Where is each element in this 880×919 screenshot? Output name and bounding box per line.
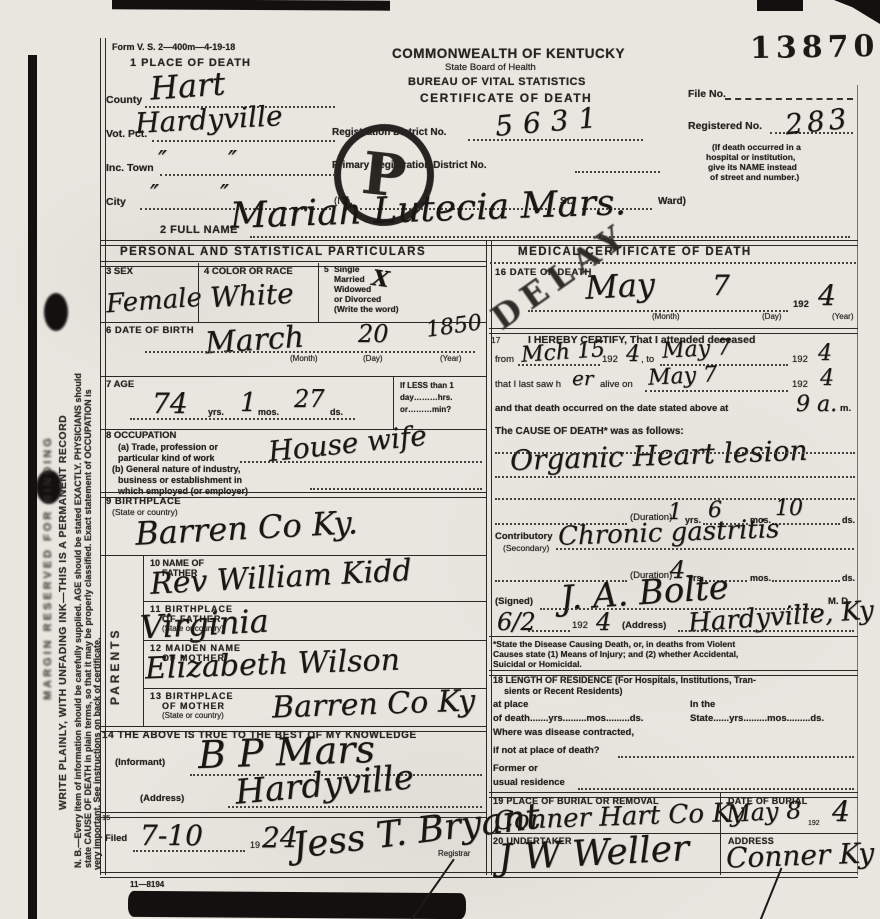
dotted-line	[310, 488, 482, 490]
alive-on-label: alive on	[600, 380, 633, 391]
full-name-value: Mariah Lutecia Mars.	[229, 185, 626, 235]
last-saw-label: that I last saw h	[495, 380, 561, 391]
footnote-top-rule	[489, 636, 858, 637]
dod-sub-month: (Month)	[652, 312, 680, 321]
at-place-label: at place	[493, 700, 528, 711]
informant-label: (Informant)	[115, 758, 165, 769]
informant-address-label: (Address)	[140, 794, 184, 805]
cert-left-border	[100, 38, 106, 875]
last-saw-year-prefix: 192	[792, 380, 808, 391]
dotted-line	[250, 236, 850, 238]
signed-year-value: 4	[596, 610, 611, 634]
mother-maiden-value: Elizabeth Wilson	[145, 646, 401, 685]
dotted-line	[772, 580, 840, 582]
death-time-value: 9 a.	[796, 394, 837, 416]
age-days-value: 27	[294, 387, 325, 411]
mother-birthplace-label1: 13 BIRTHPLACE	[150, 691, 234, 701]
contributory-label: Contributory	[495, 532, 553, 543]
mother-birthplace-value: Barren Co Ky	[272, 686, 476, 723]
of-death-duration-line: of death.......yrs.........mos.........d…	[493, 714, 643, 725]
to-date-value: May 7	[661, 337, 731, 363]
scan-artifact-top-right	[757, 0, 803, 11]
death-time-m-label: m.	[840, 404, 851, 415]
occupation-a-line1: (a) Trade, profession or	[118, 442, 218, 452]
row-rule	[100, 376, 486, 377]
dotted-line	[575, 171, 660, 173]
death-occurred-label: and that death occurred on the date stat…	[495, 404, 728, 415]
form-number: Form V. S. 2—400m—4-19-18	[112, 42, 235, 52]
row-rule	[143, 640, 486, 641]
cause-of-death-value: Organic Heart lesion	[510, 437, 808, 475]
secondary-label: (Secondary)	[503, 544, 549, 554]
dotted-line	[468, 139, 643, 141]
dotted-line	[133, 850, 245, 852]
burial-year-prefix: 192	[808, 820, 820, 828]
age-less-note-2: day………hrs.	[400, 393, 452, 402]
city-label: City	[106, 196, 126, 208]
filed-label: Filed	[105, 834, 127, 845]
burial-date-value: May 8	[725, 798, 801, 826]
age-less-note-1: If LESS than 1	[400, 381, 454, 390]
age-mos-label: mos.	[258, 407, 279, 417]
cert-right-border	[857, 85, 858, 875]
margin-write-plainly-note: WRITE PLAINLY, WITH UNFADING INK—THIS IS…	[57, 210, 69, 810]
duration2-mos-label: mos.	[750, 573, 771, 583]
from-year-value: 4	[626, 344, 640, 366]
filed-date-value: 7-10	[140, 822, 203, 850]
filed-year-prefix: 19	[250, 840, 260, 850]
last-saw-date-value: May 7	[647, 364, 717, 390]
race-marital-divider	[318, 263, 319, 322]
precinct-value: Hardyville	[134, 102, 283, 138]
dotted-line	[556, 548, 854, 550]
dotted-line	[145, 351, 475, 353]
last-saw-year-value: 4	[820, 368, 834, 390]
duration1-ds-label: ds.	[842, 515, 855, 525]
if-not-label: if not at place of death?	[493, 746, 600, 757]
state-duration-line: State......yrs.........mos.........ds.	[690, 714, 824, 725]
filed-number: 15	[102, 814, 110, 823]
sex-label: 3 SEX	[106, 267, 133, 278]
to-year-prefix: 192	[792, 355, 808, 366]
footnote-line3: Suicidal or Homicidal.	[493, 660, 582, 670]
usual-residence-label: usual residence	[493, 778, 565, 789]
marital-write-word: (Write the word)	[334, 305, 399, 315]
registered-no-label: Registered No.	[688, 120, 762, 132]
dotted-line	[130, 418, 355, 420]
mother-birthplace-label2: OF MOTHER	[162, 701, 225, 711]
dotted-line	[618, 756, 854, 758]
age-label: 7 AGE	[106, 380, 134, 391]
marital-x-mark: X	[371, 267, 391, 291]
date-of-death-day: 7	[712, 272, 730, 300]
full-name-label: 2 FULL NAME	[160, 224, 238, 237]
dob-label: 6 DATE OF BIRTH	[106, 326, 194, 337]
last-saw-her: er	[572, 368, 593, 388]
city-value: ″ ″	[150, 182, 229, 206]
file-no-label: File No.	[688, 88, 726, 100]
dod-sub-day: (Day)	[762, 312, 782, 321]
dotted-line	[772, 523, 840, 525]
scan-artifact-top-bar	[112, 0, 390, 11]
occupation-b-line2: business or establishment in	[118, 475, 242, 485]
signed-label: (Signed)	[495, 597, 533, 608]
residence-title-line2: sients or Recent Residents)	[504, 686, 623, 696]
registration-district-value: 5631	[494, 103, 607, 141]
margin-binding-note: MARGIN RESERVED FOR BINDING	[42, 280, 54, 700]
dob-sub-day: (Day)	[363, 354, 383, 363]
from-label: from	[495, 355, 514, 366]
cause-of-death-intro: The CAUSE OF DEATH* was as follows:	[495, 426, 684, 438]
primary-district-label: Primary Registration District No.	[332, 160, 486, 172]
death-certificate-scan: MARGIN RESERVED FOR BINDING WRITE PLAINL…	[0, 0, 880, 919]
certify-number: 17	[491, 336, 500, 346]
registration-district-label: Registration District No.	[332, 127, 446, 139]
dotted-line	[240, 461, 482, 463]
dashed-line	[725, 98, 853, 100]
county-label: County	[106, 94, 142, 106]
county-value: Hart	[149, 67, 226, 104]
death-year-prefix: 192	[793, 300, 809, 311]
medical-section-title: MEDICAL CERTIFICATE OF DEATH	[518, 246, 752, 259]
dotted-line	[495, 452, 855, 454]
contributory-value: Chronic gastritis	[558, 516, 780, 550]
age-yrs-label: yrs.	[208, 407, 224, 417]
dotted-line	[578, 788, 854, 790]
to-year-value: 4	[818, 343, 832, 365]
dod-sub-year: (Year)	[832, 312, 854, 321]
board-subtitle: State Board of Health	[445, 63, 536, 74]
age-years-value: 74	[152, 390, 188, 418]
dotted-line	[678, 630, 854, 632]
race-value: White	[209, 280, 294, 312]
dod-bottom-rule	[489, 328, 858, 334]
header-bottom-rule	[100, 240, 858, 246]
inc-town-label: Inc. Town	[106, 162, 154, 174]
occupation-label: 8 OCCUPATION	[106, 431, 176, 442]
personal-section-title: PERSONAL AND STATISTICAL PARTICULARS	[120, 246, 426, 259]
dotted-line	[645, 390, 788, 392]
from-date-value: Mch 15	[520, 339, 605, 367]
inc-town-value: ″ ″	[158, 148, 237, 172]
registrar-label: Registrar	[438, 849, 470, 858]
dob-year-value: 1850	[425, 312, 484, 342]
mother-birthplace-label3: (State or country)	[162, 711, 224, 720]
former-label: Former or	[493, 764, 538, 775]
dob-sub-month: (Month)	[290, 354, 318, 363]
burial-year-value: 4	[832, 798, 850, 826]
margin-nb-line1: N. B.—Every item of information should b…	[73, 58, 83, 868]
registered-no-value: 283	[784, 105, 852, 140]
hospital-note-line4: of street and number.)	[710, 173, 799, 183]
signed-year-prefix: 192	[572, 621, 588, 632]
sex-value: Female	[105, 285, 202, 318]
birthplace-value: Barren Co Ky.	[134, 506, 358, 550]
sex-race-divider	[198, 263, 199, 322]
dotted-line	[528, 630, 570, 632]
ward-label: Ward)	[658, 196, 686, 208]
duration1-days-value: 10	[775, 498, 803, 520]
plate-number: 11—8194	[130, 880, 164, 889]
age-months-value: 1	[240, 390, 257, 416]
signed-address-label: (Address)	[622, 621, 666, 632]
age-ds-label: ds.	[330, 407, 343, 417]
from-year-prefix: 192	[602, 355, 618, 366]
residence-title-line1: 18 LENGTH OF RESIDENCE (For Hospitals, I…	[493, 675, 756, 685]
in-the-label: In the	[690, 700, 715, 711]
dotted-line	[152, 140, 335, 142]
left-title-rule	[100, 261, 486, 267]
dotted-line	[490, 262, 856, 264]
father-birthplace-value: Virginia	[139, 605, 269, 644]
commonwealth-title: COMMONWEALTH OF KENTUCKY	[392, 46, 625, 62]
date-of-death-label: 16 DATE OF DEATH	[495, 268, 592, 279]
date-of-death-month: May	[584, 268, 656, 304]
undertaker-signature: J W Weller	[497, 831, 690, 877]
age-less-note-3: or………min?	[400, 405, 451, 414]
occupation-a-line2: particular kind of work	[118, 453, 215, 463]
dotted-line	[160, 174, 335, 176]
parents-vertical-label: PARENTS	[108, 575, 122, 705]
duration2-ds-label: ds.	[842, 573, 855, 583]
where-contracted-label: Where was disease contracted,	[493, 728, 634, 739]
occupation-b-line1: (b) General nature of industry,	[112, 464, 240, 474]
race-label: 4 COLOR OR RACE	[204, 267, 293, 278]
marital-number: 5	[324, 265, 329, 275]
scan-artifact-corner	[834, 0, 880, 24]
date-of-death-year: 4	[818, 282, 836, 310]
row-rule	[100, 555, 486, 556]
dob-day-value: 20	[358, 322, 389, 346]
dotted-line	[495, 476, 855, 478]
undertaker-address-value: Conner Ky	[726, 839, 875, 872]
to-label: , to	[641, 355, 654, 366]
row-rule	[143, 601, 486, 602]
burial-place-value: Conner Hart Co Ky	[494, 800, 745, 835]
dob-sub-year: (Year)	[440, 354, 462, 363]
serial-number-stamp: 13870	[750, 29, 880, 66]
bureau-subtitle: BUREAU OF VITAL STATISTICS	[408, 76, 586, 89]
